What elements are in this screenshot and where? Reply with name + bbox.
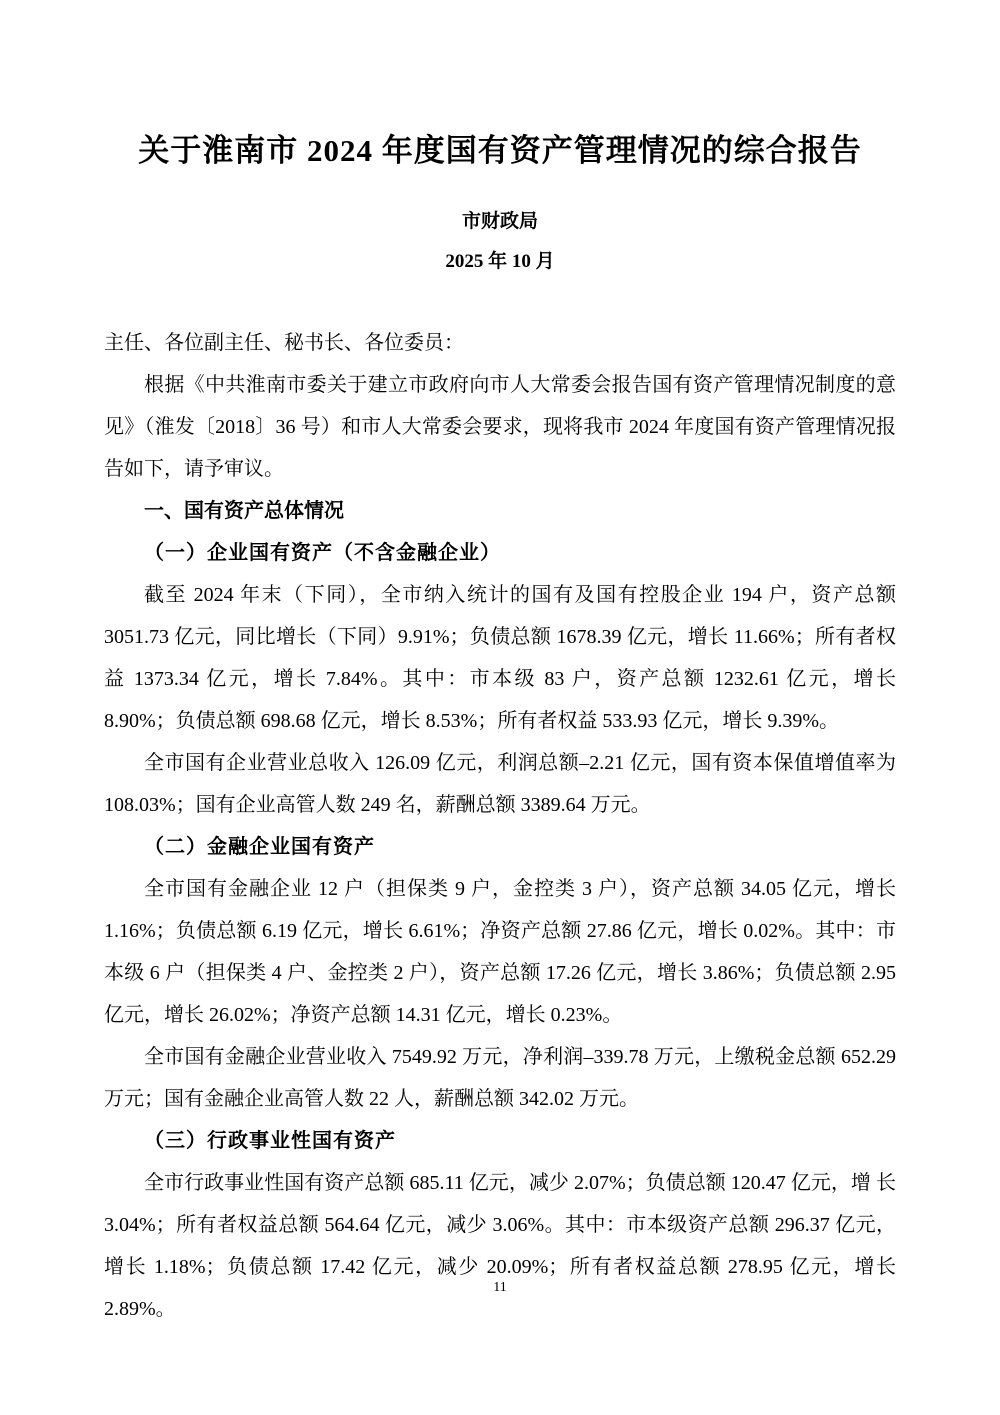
document-title: 关于淮南市 2024 年度国有资产管理情况的综合报告 bbox=[104, 0, 896, 171]
document-body: 主任、各位副主任、秘书长、各位委员：根据《中共淮南市委关于建立市政府向市人大常委… bbox=[104, 322, 896, 1330]
document-date: 2025 年 10 月 bbox=[104, 251, 896, 274]
section-heading-level1: 一、国有资产总体情况 bbox=[104, 490, 896, 532]
body-paragraph: 全市国有金融企业 12 户（担保类 9 户，金控类 3 户），资产总额 34.0… bbox=[104, 868, 896, 1036]
section-heading-level2: （一）企业国有资产（不含金融企业） bbox=[104, 532, 896, 574]
document-page: 关于淮南市 2024 年度国有资产管理情况的综合报告 市财政局 2025 年 1… bbox=[0, 0, 1000, 1415]
body-paragraph: 全市国有企业营业总收入 126.09 亿元，利润总额–2.21 亿元，国有资本保… bbox=[104, 742, 896, 826]
document-author: 市财政局 bbox=[104, 211, 896, 234]
section-heading-level2: （三）行政事业性国有资产 bbox=[104, 1120, 896, 1162]
body-paragraph: 根据《中共淮南市委关于建立市政府向市人大常委会报告国有资产管理情况制度的意见》（… bbox=[104, 364, 896, 490]
body-paragraph: 全市国有金融企业营业收入 7549.92 万元，净利润–339.78 万元，上缴… bbox=[104, 1036, 896, 1120]
page-number: 11 bbox=[0, 1280, 1000, 1296]
section-heading-level2: （二）金融企业国有资产 bbox=[104, 826, 896, 868]
body-paragraph: 全市行政事业性国有资产总额 685.11 亿元，减少 2.07%；负债总额 12… bbox=[104, 1162, 896, 1330]
salutation-line: 主任、各位副主任、秘书长、各位委员： bbox=[104, 322, 896, 364]
body-paragraph: 截至 2024 年末（下同），全市纳入统计的国有及国有控股企业 194 户，资产… bbox=[104, 574, 896, 742]
